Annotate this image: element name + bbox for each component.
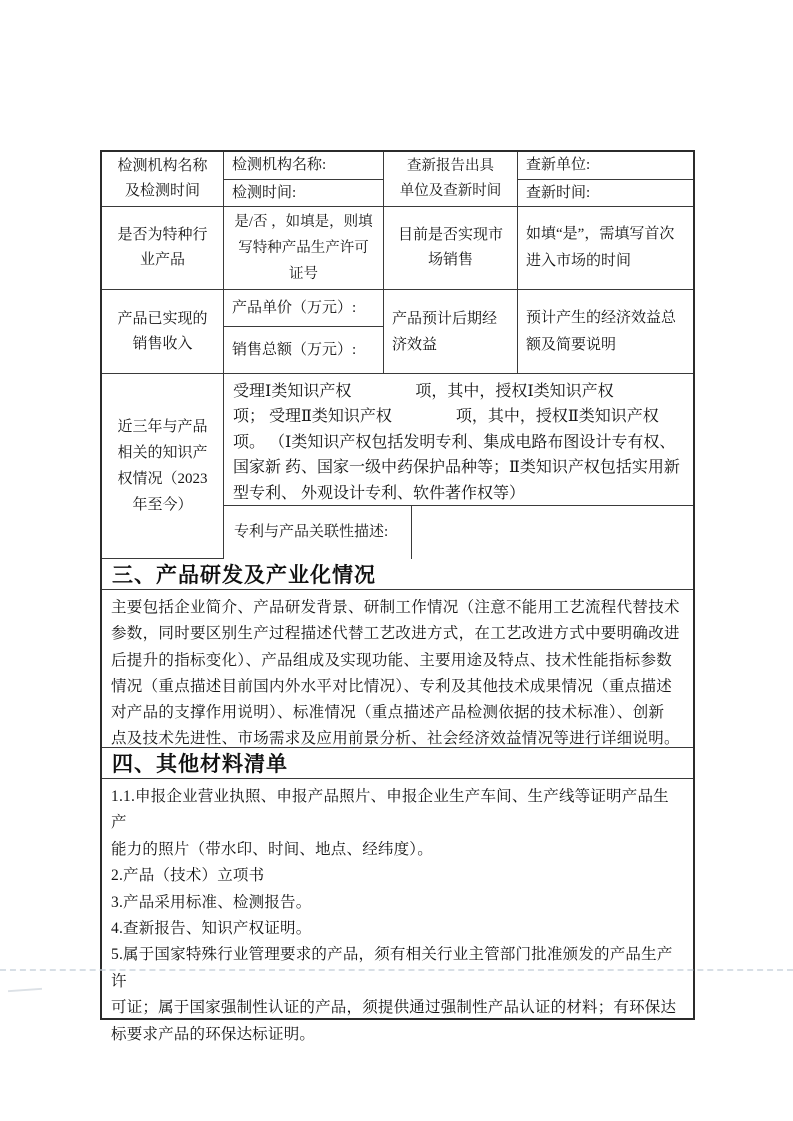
- cell-future-benefit-header: 产品预计后期经 济效益: [384, 290, 518, 374]
- novelty-unit-label: 查新单位:: [518, 152, 693, 180]
- cell-sales-header: 产品已实现的 销售收入: [102, 290, 224, 374]
- scanned-form-page: 检测机构名称 及检测时间 检测机构名称: 检测时间: 查新报告出具 单位及查新时…: [0, 0, 793, 1121]
- section4-list: 1.1.申报企业营业执照、申报产品照片、申报企业生产车间、生产线等证明产品生产 …: [102, 779, 693, 1048]
- detection-name-label: 检测机构名称:: [224, 152, 383, 180]
- detection-time-label: 检测时间:: [224, 180, 383, 206]
- unit-price-label: 产品单价（万元）:: [224, 290, 383, 327]
- section4-title: 四、其他材料清单: [102, 748, 693, 779]
- list-item: 1.1.申报企业营业执照、申报产品照片、申报企业生产车间、生产线等证明产品生产 …: [111, 784, 684, 863]
- cell-future-benefit-hint: 预计产生的经济效益总 额及简要说明: [518, 290, 693, 374]
- section3-title: 三、产品研发及产业化情况: [102, 559, 693, 590]
- cell-market-hint: 如填“是”，需填写首次 进入市场的时间: [518, 207, 693, 290]
- list-item: 5.属于国家特殊行业管理要求的产品，须有相关行业主管部门批准颁发的产品生产许 可…: [111, 942, 684, 1048]
- total-sales-label: 销售总额（万元）:: [224, 327, 383, 373]
- list-item: 4.查新报告、知识产权证明。: [111, 916, 684, 942]
- cell-ip-content: 受理Ⅰ类知识产权 项，其中，授权Ⅰ类知识产权 项； 受理Ⅱ类知识产权 项，其中，…: [224, 374, 693, 559]
- cell-special-hint: 是/否 ，如填是，则填 写特种产品生产许可 证号: [224, 207, 384, 290]
- cell-novelty-header: 查新报告出具 单位及查新时间: [384, 152, 518, 207]
- cell-detection-header: 检测机构名称 及检测时间: [102, 152, 224, 207]
- cell-ip-header: 近三年与产品 相关的知识产 权情况（2023 年至今）: [102, 374, 224, 559]
- ip-patent-relation-row: 专利与产品关联性描述:: [224, 506, 693, 559]
- row-special-industry: 是否为特种行 业产品 是/否 ，如填是，则填 写特种产品生产许可 证号 目前是否…: [102, 207, 693, 290]
- patent-relation-blank-field: [412, 506, 693, 559]
- cell-market-header: 目前是否实现市 场销售: [384, 207, 518, 290]
- ip-detail-text: 受理Ⅰ类知识产权 项，其中，授权Ⅰ类知识产权 项； 受理Ⅱ类知识产权 项，其中，…: [224, 374, 693, 506]
- cell-sales-values: 产品单价（万元）: 销售总额（万元）:: [224, 290, 384, 374]
- row-sales: 产品已实现的 销售收入 产品单价（万元）: 销售总额（万元）: 产品预计后期经 …: [102, 290, 693, 374]
- cell-detection-values: 检测机构名称: 检测时间:: [224, 152, 384, 207]
- section3-body: 主要包括企业简介、产品研发背景、研制工作情况（注意不能用工艺流程代替技术 参数，…: [102, 590, 693, 748]
- novelty-time-label: 查新时间:: [518, 180, 693, 206]
- row-ip: 近三年与产品 相关的知识产 权情况（2023 年至今） 受理Ⅰ类知识产权 项，其…: [102, 374, 693, 559]
- list-item: 2.产品（技术）立项书: [111, 863, 684, 889]
- cell-novelty-values: 查新单位: 查新时间:: [518, 152, 693, 207]
- cell-special-header: 是否为特种行 业产品: [102, 207, 224, 290]
- scan-artifact-mark: [8, 988, 42, 992]
- application-form-table: 检测机构名称 及检测时间 检测机构名称: 检测时间: 查新报告出具 单位及查新时…: [100, 150, 695, 1020]
- list-item: 3.产品采用标准、检测报告。: [111, 890, 684, 916]
- row-detection: 检测机构名称 及检测时间 检测机构名称: 检测时间: 查新报告出具 单位及查新时…: [102, 152, 693, 207]
- patent-relation-label: 专利与产品关联性描述:: [224, 506, 412, 559]
